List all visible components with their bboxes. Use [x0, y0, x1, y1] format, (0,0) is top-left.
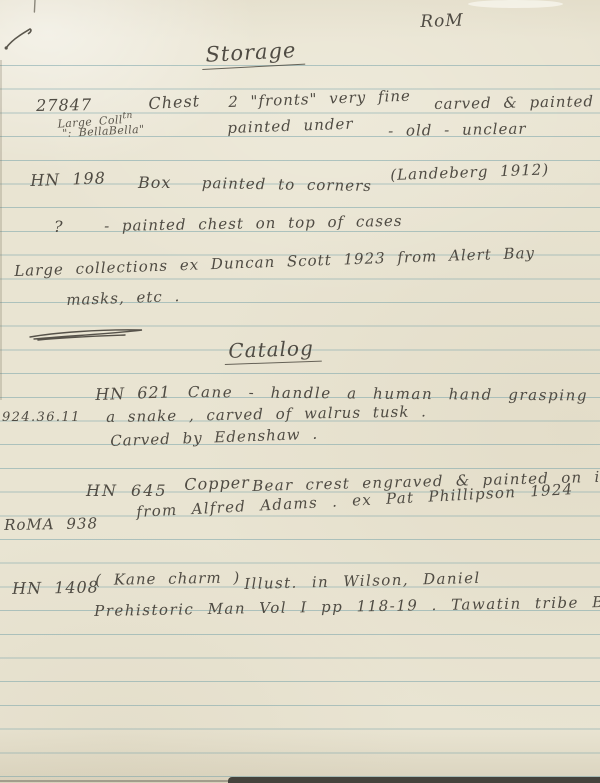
storage-section-title: Storage: [201, 39, 305, 70]
divider-squiggle-mark: [28, 327, 152, 343]
pen-flourish-mark: [3, 26, 37, 52]
collection-abbrev-superscript: tn: [122, 110, 133, 122]
entry-number: HN 1408: [12, 578, 99, 597]
entry-description: Cane - handle a human hand grasping: [188, 384, 588, 404]
entry-number: HN 621: [95, 383, 171, 403]
entry-description: - painted chest on top of cases: [104, 213, 403, 235]
paper-top-edge-highlight: [468, 0, 563, 8]
entry-description: painted under: [227, 116, 354, 137]
entry-description: a snake , carved of walrus tusk .: [106, 403, 427, 425]
paper-left-edge-shadow: [0, 60, 2, 400]
entry-number: ?: [54, 218, 64, 236]
page-corner-label: RoM: [420, 11, 464, 31]
scan-bottom-edge-dark: [228, 777, 600, 783]
entry-parenthetical: ( Kane charm ): [95, 569, 240, 588]
entry-description: Carved by Edenshaw .: [110, 426, 318, 450]
accession-number: 924.36.11: [2, 411, 81, 425]
pen-tick-mark: [32, 0, 38, 14]
entry-description: Prehistoric Man Vol I pp 118-19 . Tawati…: [94, 594, 600, 620]
entry-number: HN 645: [86, 482, 168, 500]
entry-number: HN 198: [30, 169, 106, 189]
section-note: masks, etc .: [66, 288, 181, 308]
collection-tribe-note: ": BellaBella": [62, 124, 145, 140]
entry-description: painted to corners: [202, 175, 372, 194]
entry-reference: (Landeberg 1912): [390, 161, 549, 183]
entry-description: 2 "fronts" very fine: [228, 88, 411, 111]
section-note: Large collections ex Duncan Scott 1923 f…: [14, 245, 535, 280]
entry-object: Box: [138, 174, 171, 192]
entry-description: Illust. in Wilson, Daniel: [244, 570, 481, 593]
accession-number: RoMA 938: [4, 515, 98, 533]
entry-object: Chest: [148, 92, 201, 112]
entry-description: carved & painted: [434, 93, 594, 112]
notebook-page: RoM Storage 27847 Chest 2 "fronts" very …: [0, 0, 600, 783]
entry-description: - old - unclear: [388, 121, 527, 140]
entry-number: 27847: [36, 96, 92, 115]
entry-object: Copper: [184, 474, 250, 494]
catalog-section-title: Catalog: [224, 337, 322, 365]
